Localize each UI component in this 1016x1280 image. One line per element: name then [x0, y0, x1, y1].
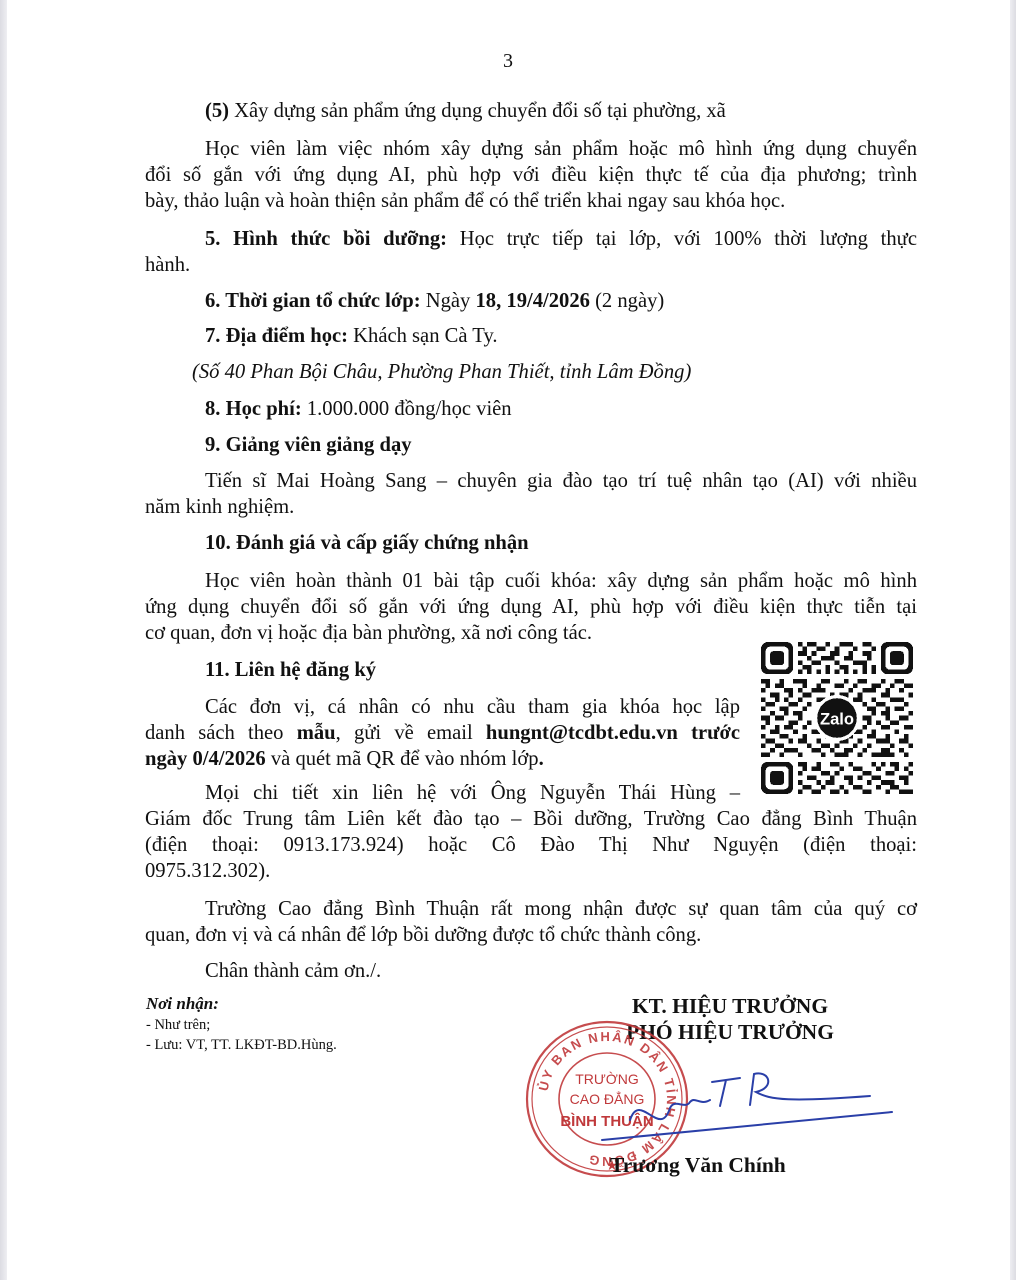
paragraph-line: Học viên làm việc nhóm xây dựng sản phẩm…	[205, 136, 917, 162]
signer-name: Trương Văn Chính	[610, 1152, 786, 1178]
paragraph-line: Trường Cao đẳng Bình Thuận rất mong nhận…	[205, 896, 917, 922]
page-edge-left	[0, 0, 7, 1280]
venue-address: (Số 40 Phan Bội Châu, Phường Phan Thiết,…	[192, 359, 691, 385]
page-number: 3	[0, 50, 1016, 73]
section-8: 8. Học phí: 1.000.000 đồng/học viên	[205, 396, 512, 422]
section-9-heading: 9. Giảng viên giảng dạy	[205, 432, 412, 458]
paragraph-line: Mọi chi tiết xin liên hệ với Ông Nguyễn …	[205, 780, 740, 806]
paragraph-line: quan, đơn vị và cá nhân để lớp bồi dưỡng…	[145, 922, 701, 948]
signer-title-1: KT. HIỆU TRƯỞNG	[560, 993, 900, 1019]
section-11-heading: 11. Liên hệ đăng ký	[205, 657, 376, 683]
page-edge-right	[1010, 0, 1016, 1280]
section-7: 7. Địa điểm học: Khách sạn Cà Ty.	[205, 323, 498, 349]
zalo-logo-label: Zalo	[820, 709, 854, 728]
paragraph-line: ngày 0/4/2026 và quét mã QR để vào nhóm …	[145, 746, 544, 772]
paragraph-line: bày, thảo luận và hoàn thiện sản phẩm để…	[145, 188, 785, 214]
paragraph-line: ứng dụng chuyển đổi số gắn với ứng dụng …	[145, 594, 917, 620]
recipients-block: Nơi nhận: - Như trên; - Lưu: VT, TT. LKĐ…	[146, 993, 337, 1055]
paragraph-line: Giám đốc Trung tâm Liên kết đào tạo – Bồ…	[145, 806, 917, 832]
paragraph-line: Tiến sĩ Mai Hoàng Sang – chuyên gia đào …	[205, 468, 917, 494]
paragraph-line: 0975.312.302).	[145, 858, 270, 884]
paragraph-line: cơ quan, đơn vị hoặc địa bàn phường, xã …	[145, 620, 592, 646]
paragraph-line: Các đơn vị, cá nhân có nhu cầu tham gia …	[205, 694, 740, 720]
paragraph-line: năm kinh nghiệm.	[145, 494, 294, 520]
paragraph-line: đổi số gắn với ứng dụng AI, phù hợp với …	[145, 162, 917, 188]
zalo-qr-code[interactable]: Zalo	[758, 642, 916, 794]
section-10-heading: 10. Đánh giá và cấp giấy chứng nhận	[205, 530, 529, 556]
paragraph-line: Học viên hoàn thành 01 bài tập cuối khóa…	[205, 568, 917, 594]
handwritten-signature	[600, 1060, 900, 1150]
recipients-title: Nơi nhận:	[146, 993, 337, 1015]
email-link[interactable]: hungnt@tcdbt.edu.vn	[486, 722, 678, 744]
section-5: 5. Hình thức bồi dưỡng: Học trực tiếp tạ…	[205, 226, 917, 252]
section-6: 6. Thời gian tổ chức lớp: Ngày 18, 19/4/…	[205, 288, 664, 314]
closing-thanks: Chân thành cảm ơn./.	[205, 958, 381, 984]
paragraph-line: danh sách theo mẫu, gửi về email hungnt@…	[145, 720, 740, 746]
paragraph-line: (điện thoại: 0913.173.924) hoặc Cô Đào T…	[145, 832, 917, 858]
item-5-heading: (5) Xây dựng sản phẩm ứng dụng chuyển đổ…	[205, 98, 726, 124]
recipient-item: - Lưu: VT, TT. LKĐT-BD.Hùng.	[146, 1035, 337, 1055]
recipient-item: - Như trên;	[146, 1015, 337, 1035]
paragraph-line: hành.	[145, 252, 190, 278]
